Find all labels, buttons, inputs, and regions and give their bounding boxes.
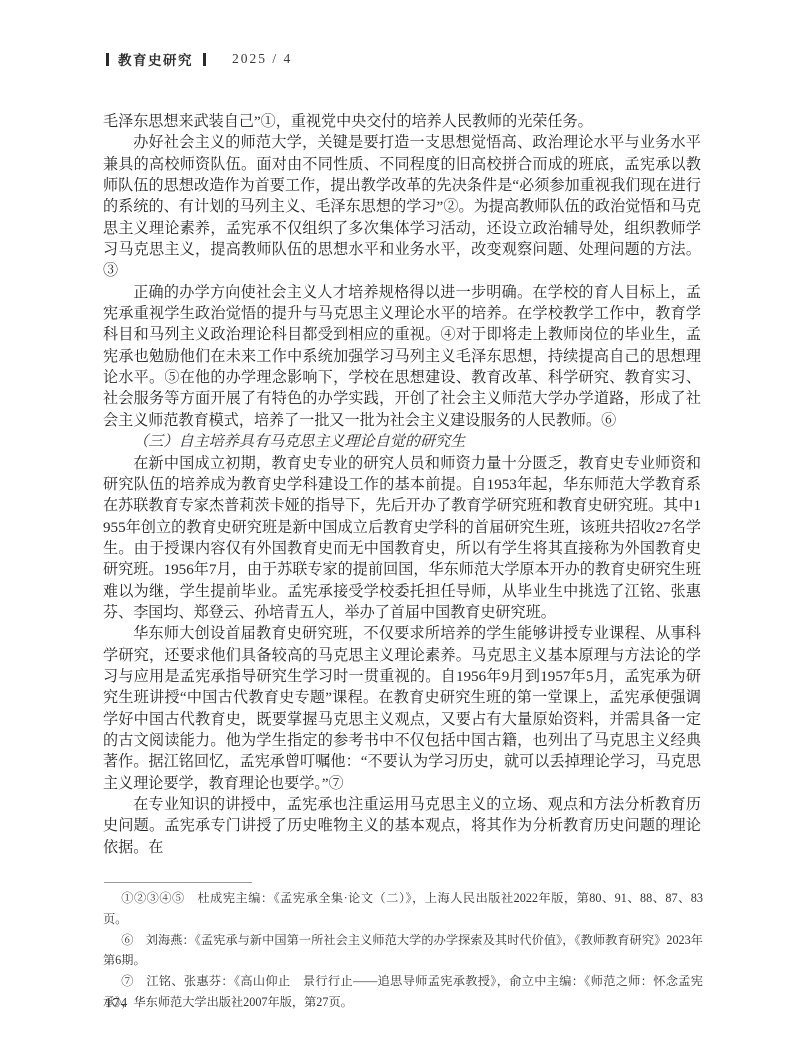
footnotes: ①②③④⑤ 杜成宪主编：《孟宪承全集·论文（二）》，上海人民出版社2022年版，… — [103, 888, 703, 1013]
paragraph: 华东师大创设首届教育史研究班，不仅要求所培养的学生能够讲授专业课程、从事科学研究… — [103, 624, 701, 795]
issue-number: 2025 / 4 — [232, 51, 292, 67]
footnote-item: ⑦ 江铭、张惠芬：《高山仰止 景行行止——追思导师孟宪承教授》，俞立中主编：《师… — [103, 971, 703, 1013]
section-heading: （三）自主培养具有马克思主义理论自觉的研究生 — [103, 432, 701, 453]
article-body: 毛泽东思想来武装自己”①，重视党中央交付的培养人民教师的光荣任务。 办好社会主义… — [103, 112, 701, 859]
page-number: 174 — [105, 995, 128, 1011]
footnote-item: ⑥ 刘海燕：《孟宪承与新中国第一所社会主义师范大学的办学探索及其时代价值》，《教… — [103, 930, 703, 972]
paragraph-continuation: 毛泽东思想来武装自己”①，重视党中央交付的培养人民教师的光荣任务。 — [103, 112, 701, 133]
paragraph: 在新中国成立初期，教育史专业的研究人员和师资力量十分匮乏，教育史专业师资和研究队… — [103, 454, 701, 625]
journal-title: 教育史研究 — [118, 49, 193, 69]
running-head: 教育史研究 2025 / 4 — [106, 49, 292, 69]
paragraph: 正确的办学方向使社会主义人才培养规格得以进一步明确。在学校的育人目标上，孟宪承重… — [103, 283, 701, 432]
journal-page: 教育史研究 2025 / 4 毛泽东思想来武装自己”①，重视党中央交付的培养人民… — [0, 0, 800, 1059]
footnote-item: ①②③④⑤ 杜成宪主编：《孟宪承全集·论文（二）》，上海人民出版社2022年版，… — [103, 888, 703, 930]
header-right-bar-icon — [203, 53, 206, 66]
paragraph: 在专业知识的讲授中，孟宪承也注重运用马克思主义的立场、观点和方法分析教育历史问题… — [103, 795, 701, 859]
paragraph: 办好社会主义的师范大学，关键是要打造一支思想觉悟高、政治理论水平与业务水平兼具的… — [103, 133, 701, 282]
footnote-separator-rule — [104, 882, 252, 883]
header-left-bar-icon — [106, 53, 109, 66]
